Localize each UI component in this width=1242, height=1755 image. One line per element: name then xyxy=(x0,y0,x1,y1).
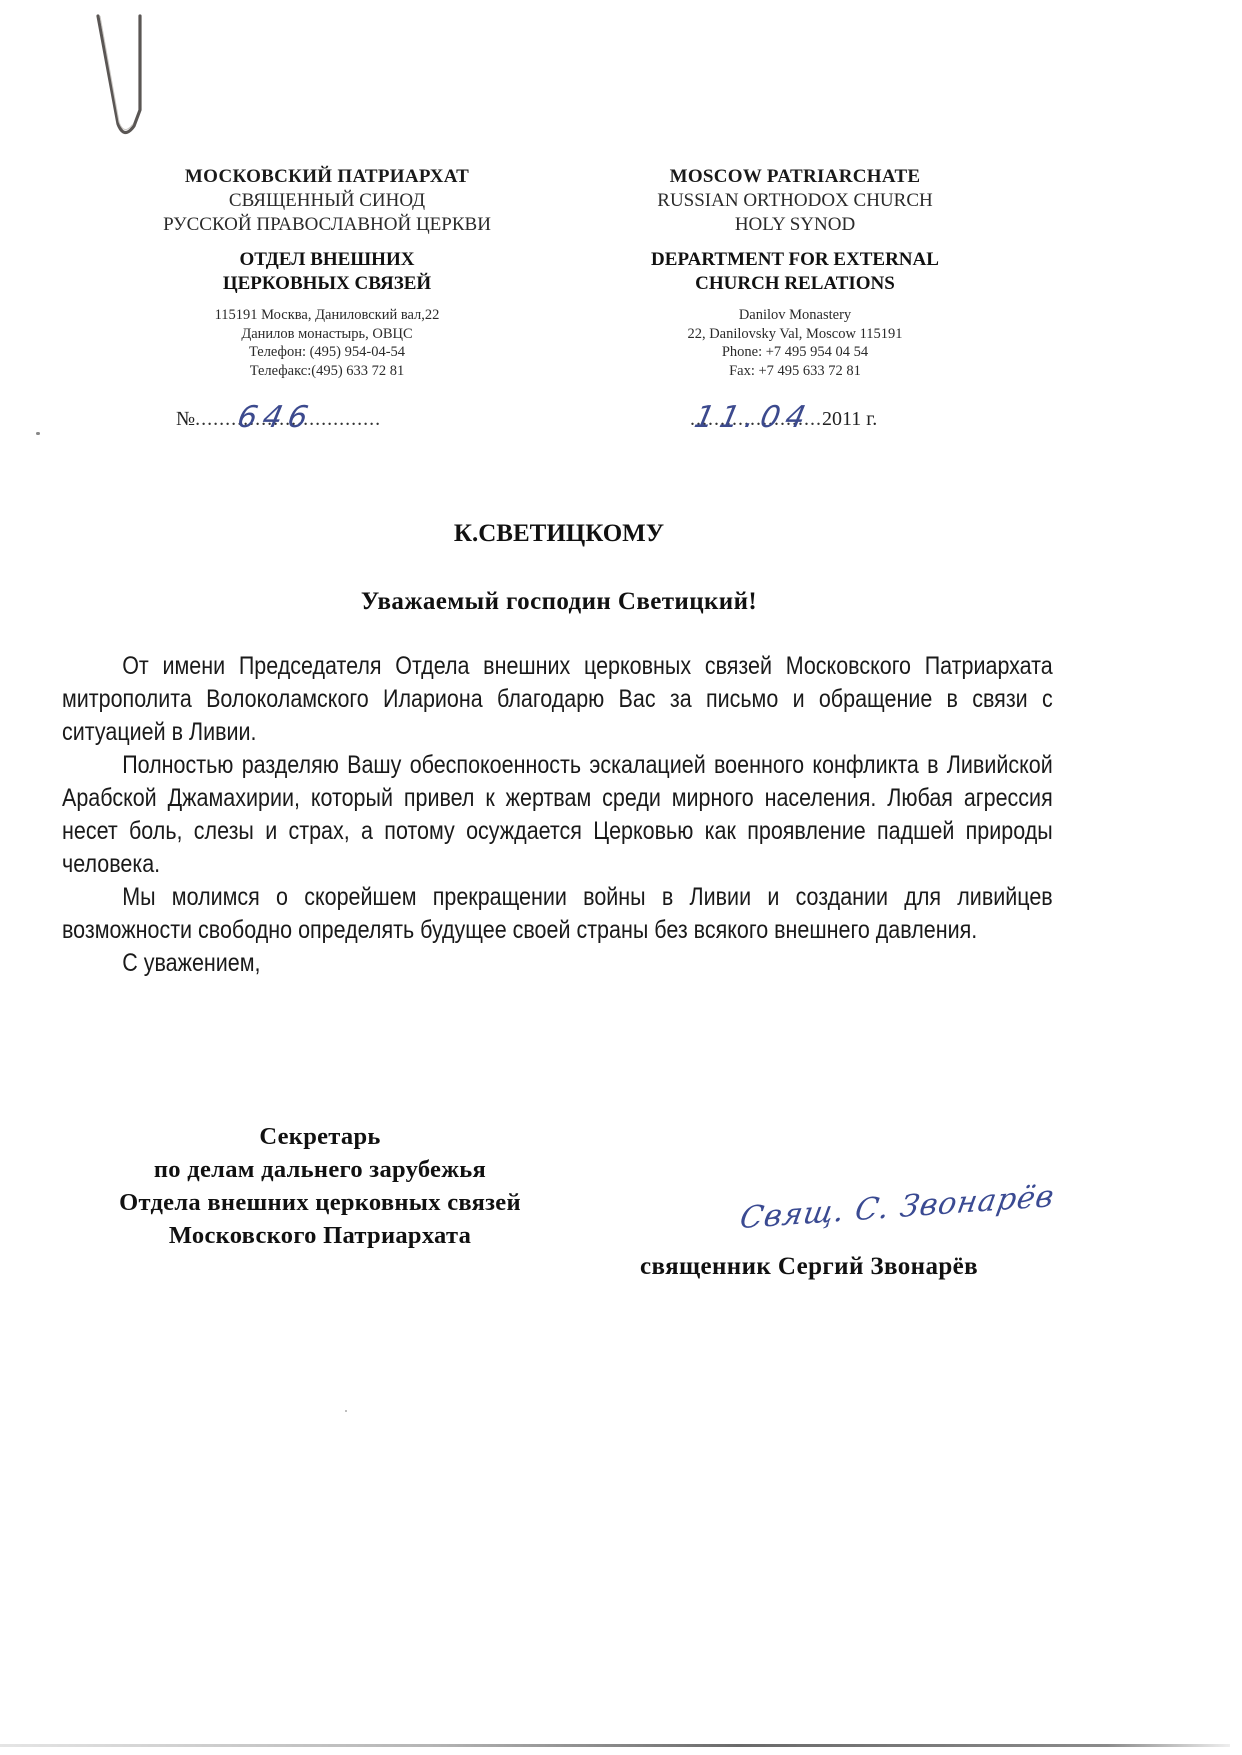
org-sub1-ru: СВЯЩЕННЫЙ СИНОД xyxy=(112,189,542,213)
dept-name-ru: ОТДЕЛ ВНЕШНИХ ЦЕРКОВНЫХ СВЯЗЕЙ xyxy=(112,248,542,296)
date-year: 2011 г. xyxy=(822,408,877,430)
address-block-ru: 115191 Москва, Даниловский вал,22 Данило… xyxy=(112,306,542,380)
body-paragraph: От имени Председателя Отдела внешних цер… xyxy=(62,650,1053,749)
signatory-position: Секретарь по делам дальнего зарубежья От… xyxy=(70,1120,570,1252)
scan-speck xyxy=(36,432,40,435)
phone-line: Телефон: (495) 954-04-54 xyxy=(112,343,542,362)
dept-line2-en: CHURCH RELATIONS xyxy=(600,272,990,296)
addressee: К.СВЕТИЦКОМУ xyxy=(0,520,1118,548)
paperclip-icon xyxy=(90,14,150,144)
scan-speck xyxy=(345,1410,347,1412)
fax-line: Телефакс:(495) 633 72 81 xyxy=(112,362,542,381)
handwritten-number: 646 xyxy=(234,400,317,435)
org-sub2-en: HOLY SYNOD xyxy=(600,213,990,237)
address-line: 22, Danilovsky Val, Moscow 115191 xyxy=(600,325,990,344)
fax-line: Fax: +7 495 633 72 81 xyxy=(600,362,990,381)
address-line: Danilov Monastery xyxy=(600,306,990,325)
handwritten-signature: Свящ. С. Звонарёв xyxy=(737,1179,1057,1236)
position-line: Отдела внешних церковных связей xyxy=(70,1186,570,1219)
body-paragraph: Полностью разделяю Вашу обеспокоенность … xyxy=(62,749,1053,881)
letterhead-english: MOSCOW PATRIARCHATE RUSSIAN ORTHODOX CHU… xyxy=(600,165,990,380)
position-line: Секретарь xyxy=(70,1120,570,1153)
number-sign: № xyxy=(176,408,195,430)
body-paragraph: Мы молимся о скорейшем прекращении войны… xyxy=(62,881,1053,947)
address-line: 115191 Москва, Даниловский вал,22 xyxy=(112,306,542,325)
org-sub2-ru: РУССКОЙ ПРАВОСЛАВНОЙ ЦЕРКВИ xyxy=(112,213,542,237)
handwritten-date: 11.04 xyxy=(691,400,814,435)
scan-edge-line xyxy=(0,1744,1230,1747)
phone-line: Phone: +7 495 954 04 54 xyxy=(600,343,990,362)
greeting: Уважаемый господин Светицкий! xyxy=(0,588,1118,616)
letter-body: От имени Председателя Отдела внешних цер… xyxy=(62,650,914,980)
org-title-en: MOSCOW PATRIARCHATE xyxy=(600,165,990,189)
org-sub1-en: RUSSIAN ORTHODOX CHURCH xyxy=(600,189,990,213)
dept-name-en: DEPARTMENT FOR EXTERNAL CHURCH RELATIONS xyxy=(600,248,990,296)
address-line: Данилов монастырь, ОВЦС xyxy=(112,325,542,344)
org-title-ru: МОСКОВСКИЙ ПАТРИАРХАТ xyxy=(112,165,542,189)
dept-line1-ru: ОТДЕЛ ВНЕШНИХ xyxy=(112,248,542,272)
position-line: по делам дальнего зарубежья xyxy=(70,1153,570,1186)
address-block-en: Danilov Monastery 22, Danilovsky Val, Mo… xyxy=(600,306,990,380)
signer-name: священник Сергий Звонарёв xyxy=(640,1253,978,1281)
closing: С уважением, xyxy=(62,947,1053,980)
dept-line1-en: DEPARTMENT FOR EXTERNAL xyxy=(600,248,990,272)
position-line: Московского Патриархата xyxy=(70,1219,570,1252)
dept-line2-ru: ЦЕРКОВНЫХ СВЯЗЕЙ xyxy=(112,272,542,296)
letterhead-russian: МОСКОВСКИЙ ПАТРИАРХАТ СВЯЩЕННЫЙ СИНОД РУ… xyxy=(112,165,542,380)
